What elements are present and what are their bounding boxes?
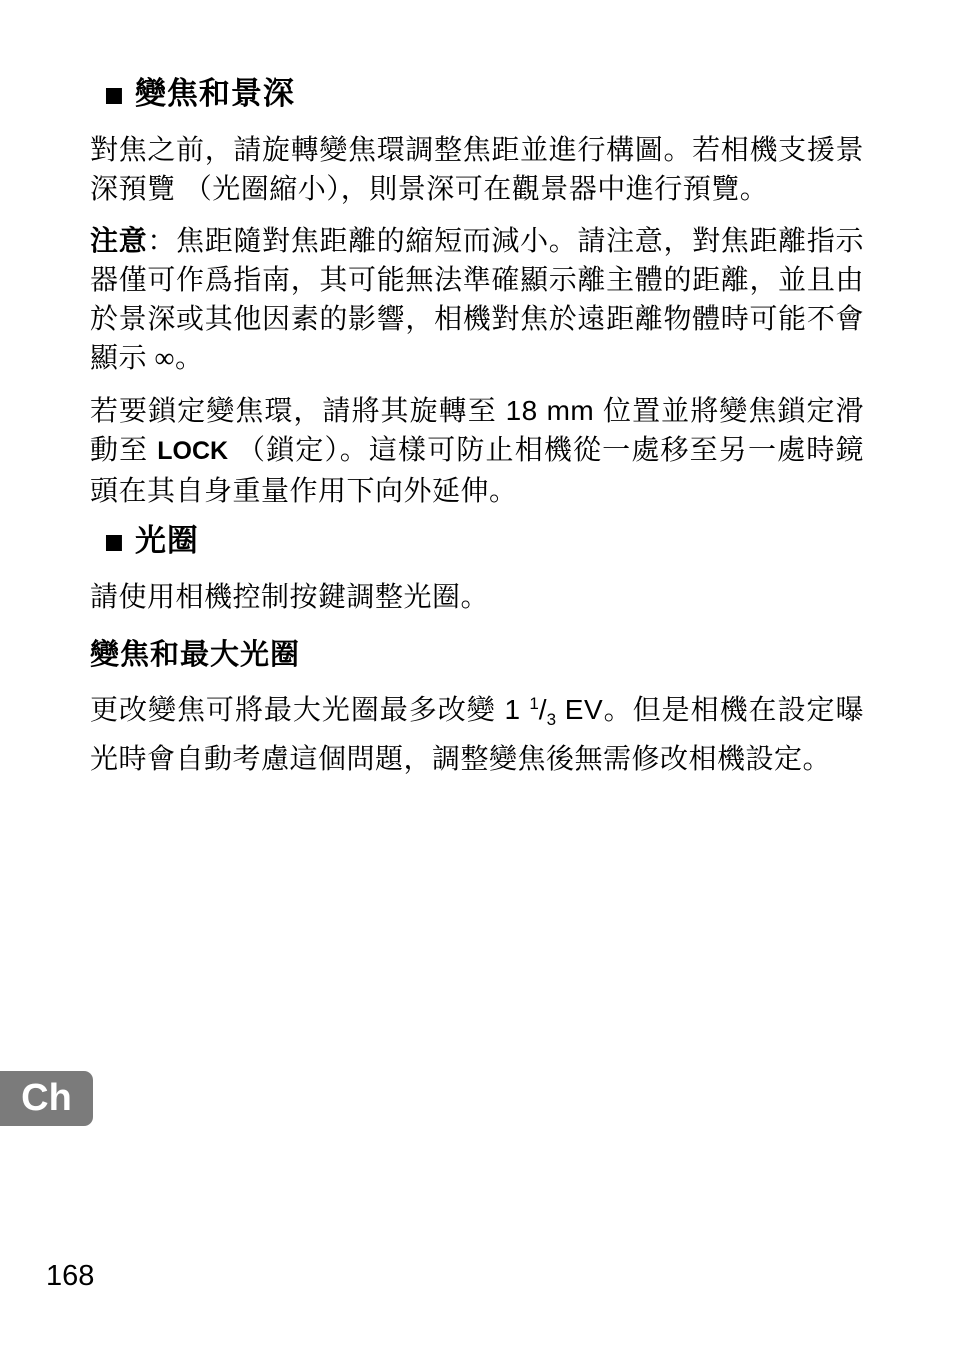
manual-page: ■ 變焦和景深 對焦之前，請旋轉變焦環調整焦距並進行構圖。若相機支援景深預覽 （… (0, 0, 954, 1345)
paragraph-zoom-lock: 若要鎖定變焦環，請將其旋轉至 18 mm 位置並將變焦鎖定滑動至 LOCK （鎖… (90, 391, 864, 510)
paragraph-max-aperture-ev: 更改變焦可將最大光圈最多改變 1 1/3 EV。但是相機在設定曝光時會自動考慮這… (90, 684, 864, 778)
subheading-zoom-and-max-aperture: 變焦和最大光圈 (90, 638, 864, 672)
section-heading-aperture: ■ 光圈 (90, 523, 864, 559)
section-square-marker-icon: ■ (104, 78, 125, 111)
section-title-zoom-and-depth-of-field: 變焦和景深 (135, 76, 295, 112)
section-heading-zoom-and-depth-of-field: ■ 變焦和景深 (90, 76, 864, 112)
section-title-aperture: 光圈 (135, 523, 199, 559)
paragraph-note: 注意：焦距隨對焦距離的縮短而減小。請注意，對焦距離指示器僅可作爲指南，其可能無法… (90, 221, 864, 378)
section-square-marker-icon: ■ (104, 525, 125, 558)
note-text: ：焦距隨對焦距離的縮短而減小。請注意，對焦距離指示器僅可作爲指南，其可能無法準確… (90, 226, 864, 374)
fraction-slash: / (539, 694, 547, 725)
fraction-numerator: 1 (529, 694, 538, 713)
page-number: 168 (46, 1260, 94, 1293)
paragraph-aperture-adjust: 請使用相機控制按鍵調整光圈。 (90, 577, 864, 616)
lock-keyword: LOCK (157, 437, 228, 465)
language-thumb-tab-ch: Ch (0, 1071, 93, 1126)
fraction-denominator: 3 (547, 710, 556, 729)
paragraph-focus-instructions: 對焦之前，請旋轉變焦環調整焦距並進行構圖。若相機支援景深預覽 （光圈縮小），則景… (90, 130, 864, 208)
page-content: ■ 變焦和景深 對焦之前，請旋轉變焦環調整焦距並進行構圖。若相機支援景深預覽 （… (90, 76, 864, 791)
note-label: 注意 (90, 225, 147, 256)
ev-text-pre: 更改變焦可將最大光圈最多改變 1 (90, 694, 529, 725)
